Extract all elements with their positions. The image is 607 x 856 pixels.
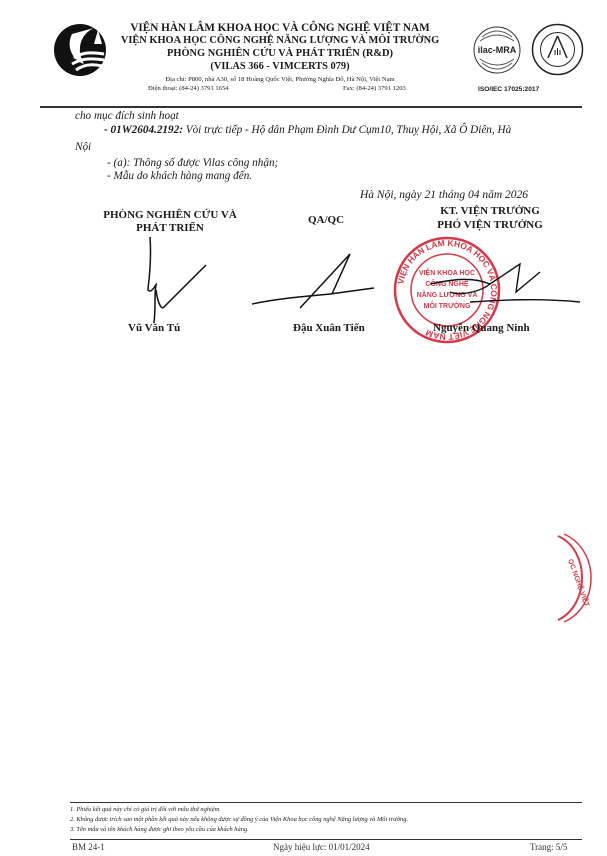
effective-date: Ngày hiệu lực: 01/01/2024 [273,842,370,852]
signature-dau-xuan-tien-icon [250,248,380,313]
iso-standard: ISO/IEC 17025:2017 [478,86,539,93]
left-signer-title-2: PHÁT TRIỂN [80,222,260,234]
date-line: Hà Nội, ngày 21 tháng 04 năm 2026 [360,189,528,201]
mid-signer-title: QA/QC [308,214,344,226]
sample-code: - 01W2604.2192: [104,124,183,136]
purpose-text: cho mục đích sinh hoạt [75,110,179,122]
right-signer-name: Nguyễn Quang Ninh [433,322,530,334]
footer-note-2: 2. Không được trích sao một phần kết quả… [70,816,408,823]
right-signer-title-2: PHÓ VIỆN TRƯỞNG [400,219,580,231]
accreditation-codes: (VILAS 366 - VIMCERTS 079) [120,61,440,72]
page-number: Trang: 5/5 [530,842,567,852]
institute-name: VIỆN KHOA HỌC CÔNG NGHỆ NĂNG LƯỢNG VÀ MÔ… [120,35,440,46]
footer-divider [70,802,582,803]
signature-vu-van-tu-icon [140,235,220,325]
note-sample-source: - Mẫu do khách hàng mang đến. [107,170,252,182]
form-code: BM 24-1 [72,842,105,852]
footer-note-3: 3. Tên mẫu và tên khách hàng được ghi th… [70,826,249,833]
academy-name: VIỆN HÀN LÂM KHOA HỌC VÀ CÔNG NGHỆ VIỆT … [120,22,440,34]
ilac-mra-logo-icon: ilac-MRA [472,25,522,75]
left-signer-name: Vũ Văn Tú [128,322,180,334]
sample-description-cont: Nội [75,141,91,153]
left-signer-title-1: PHÒNG NGHIÊN CỨU VÀ [80,209,260,221]
mid-signer-name: Đậu Xuân Tiến [293,322,365,334]
header-divider [40,106,582,108]
department-name: PHÒNG NGHIÊN CỨU VÀ PHÁT TRIỂN (R&D) [120,48,440,59]
svg-text:ỌC NGHỆ VIỆT: ỌC NGHỆ VIỆT [566,558,592,609]
edge-stamp-fragment-icon: ỌC NGHỆ VIỆT [550,530,607,625]
note-vilas: - (a): Thông số được Vilas công nhận; [107,157,278,169]
address: Địa chỉ: P800, nhà A30, số 18 Hoàng Quốc… [120,76,440,83]
footer-divider-2 [70,839,582,840]
phone: Điện thoại: (84-24) 3791 1654 [148,85,229,92]
sample-description: Vòi trực tiếp - Hộ dân Phạm Đình Dư Cụm1… [183,124,511,136]
boa-vietnam-logo-icon [530,22,585,77]
fax: Fax: (84-24) 3791 1203 [343,85,406,92]
right-signer-title-1: KT. VIỆN TRƯỞNG [400,205,580,217]
footer-note-1: 1. Phiếu kết quả này chỉ có giá trị đối … [70,806,221,813]
institute-logo-icon [50,20,110,80]
sample-line: - 01W2604.2192: Vòi trực tiếp - Hộ dân P… [104,124,511,136]
svg-text:ilac-MRA: ilac-MRA [478,45,517,55]
